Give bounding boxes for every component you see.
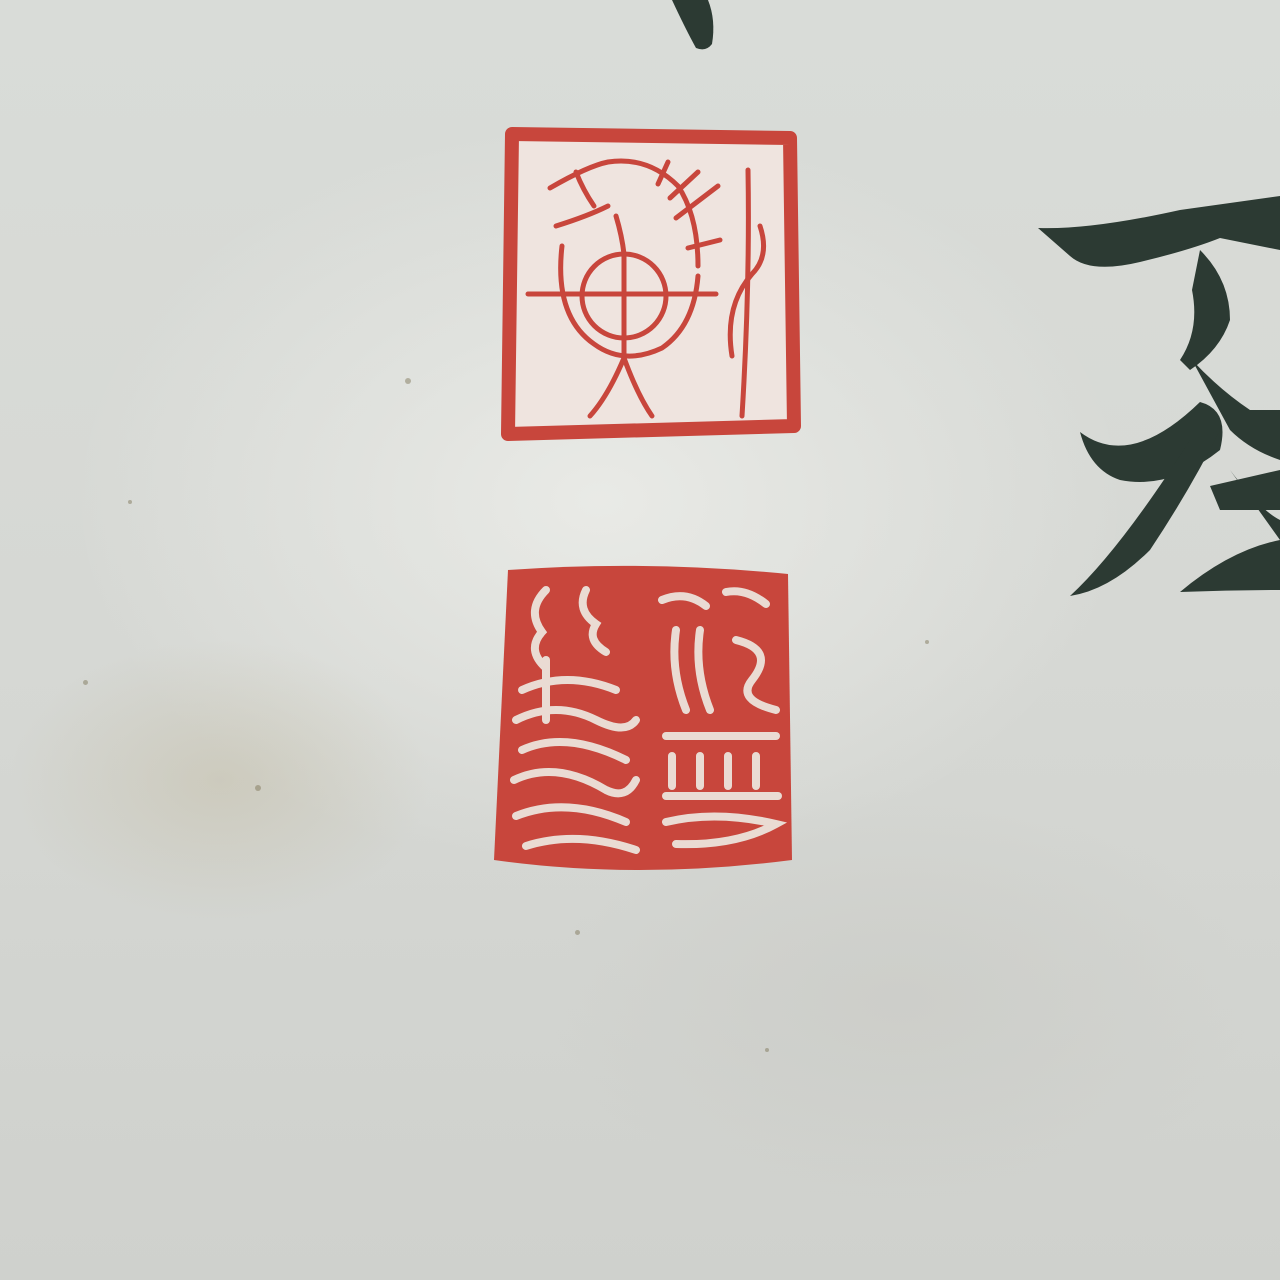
red-seal-upper — [498, 126, 802, 442]
paper-speck — [128, 500, 132, 504]
paper-speck — [83, 680, 88, 685]
paper-speck — [925, 640, 929, 644]
red-seal-lower — [486, 560, 798, 882]
calligraphy-stroke-top — [660, 0, 740, 60]
calligraphy-character-right — [1030, 170, 1280, 610]
paper-speck — [575, 930, 580, 935]
paper-speck — [765, 1048, 769, 1052]
paper-speck — [255, 785, 261, 791]
paper-speck — [405, 378, 411, 384]
